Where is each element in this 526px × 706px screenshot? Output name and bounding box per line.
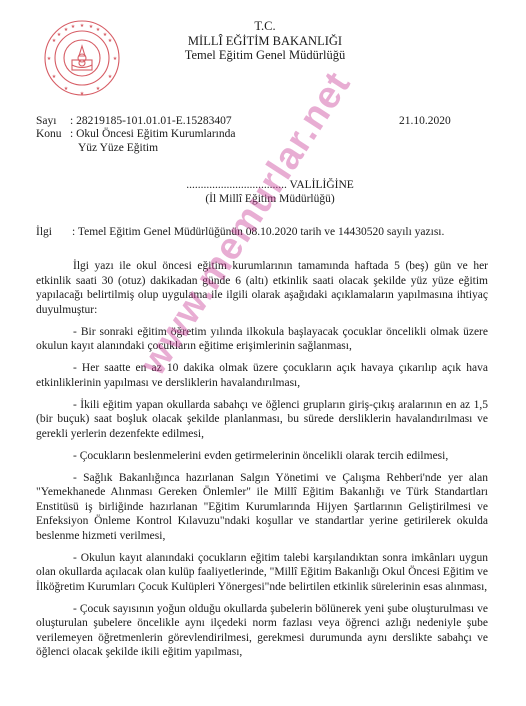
ilgi-label: İlgi [36, 226, 72, 238]
paragraph: - Çocuk sayısının yoğun olduğu okullarda… [36, 602, 488, 660]
svg-text:★: ★ [108, 38, 113, 44]
svg-text:★: ★ [96, 86, 101, 92]
konu-row: Konu: Okul Öncesi Eğitim Kurumlarında [36, 128, 235, 141]
sayi-row: Sayı: 28219185-101.01.01-E.15283407 [36, 115, 232, 128]
sayi-label: Sayı [36, 115, 70, 128]
addressee-line2: (İl Millî Eğitim Müdürlüğü) [150, 192, 390, 206]
svg-text:★: ★ [80, 23, 85, 29]
paragraph: - Sağlık Bakanlığınca hazırlanan Salgın … [36, 471, 488, 544]
ministry-seal-icon: ★★★ ★★ ★★ ★★ ★★★ ★★ ★★ [42, 18, 122, 98]
svg-text:★: ★ [47, 56, 52, 62]
sayi-value: : 28219185-101.01.01-E.15283407 [70, 115, 232, 127]
svg-text:★: ★ [64, 27, 69, 33]
letter-body: İlgi yazı ile okul öncesi eğitim kurumla… [36, 259, 488, 667]
ilgi-row: İlgi: Temel Eğitim Genel Müdürlüğünün 08… [36, 226, 444, 238]
svg-text:★: ★ [103, 32, 108, 38]
svg-text:★: ★ [89, 24, 94, 30]
addressee-line1: ................................... VALİ… [150, 178, 390, 192]
paragraph: - Her saatte en az 10 dakika olmak üzere… [36, 361, 488, 390]
svg-text:★: ★ [71, 24, 76, 30]
header-directorate: Temel Eğitim Genel Müdürlüğü [150, 48, 380, 63]
document-date: 21.10.2020 [399, 115, 451, 127]
paragraph: İlgi yazı ile okul öncesi eğitim kurumla… [36, 259, 488, 317]
paragraph: - İkili eğitim yapan okullarda sabahçı v… [36, 398, 488, 442]
svg-text:★: ★ [96, 27, 101, 33]
konu-line2: Yüz Yüze Eğitim [78, 142, 158, 155]
svg-text:★: ★ [57, 32, 62, 38]
header-tc: T.C. [150, 19, 380, 34]
svg-text:★: ★ [80, 91, 85, 97]
addressee: ................................... VALİ… [150, 178, 390, 206]
ilgi-value: : Temel Eğitim Genel Müdürlüğünün 08.10.… [72, 226, 444, 238]
letterhead: T.C. MİLLÎ EĞİTİM BAKANLIĞI Temel Eğitim… [150, 19, 380, 63]
konu-label: Konu [36, 128, 70, 141]
svg-text:★: ★ [108, 74, 113, 80]
paragraph: - Bir sonraki eğitim öğretim yılında ilk… [36, 325, 488, 354]
paragraph: - Okulun kayıt alanındaki çocukların eği… [36, 551, 488, 595]
svg-text:★: ★ [52, 38, 57, 44]
svg-text:★: ★ [52, 74, 57, 80]
paragraph: - Çocukların beslenmelerini evden getirm… [36, 449, 488, 464]
document-page: ★★★ ★★ ★★ ★★ ★★★ ★★ ★★ T.C. MİLLÎ EĞİTİM… [0, 0, 526, 706]
svg-text:★: ★ [64, 86, 69, 92]
header-ministry: MİLLÎ EĞİTİM BAKANLIĞI [150, 34, 380, 49]
svg-text:★: ★ [113, 56, 118, 62]
konu-value: : Okul Öncesi Eğitim Kurumlarında [70, 128, 235, 140]
